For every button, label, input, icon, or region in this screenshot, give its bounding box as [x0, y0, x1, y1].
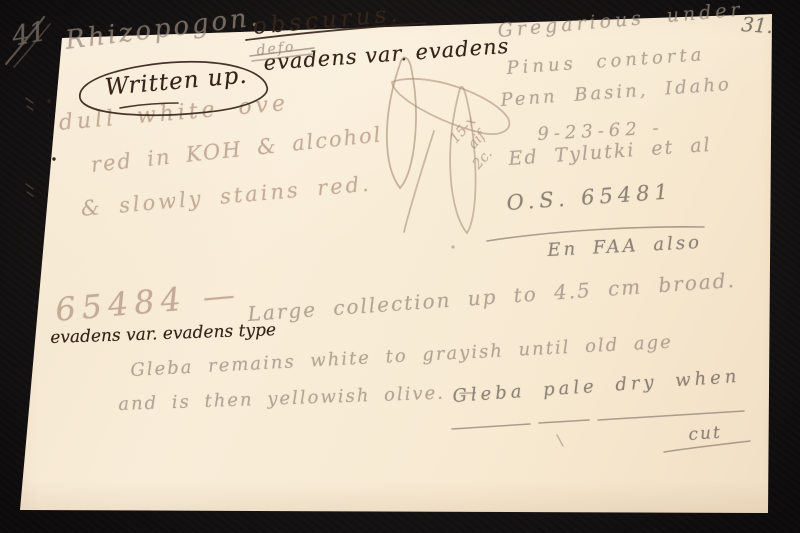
- faint-margin-mark-1: [26, 98, 33, 110]
- corner-number: 41: [10, 18, 49, 51]
- gleba-cut-word: cut: [688, 425, 722, 444]
- ink-dot-1: [47, 99, 50, 102]
- page-number: 31.: [741, 14, 774, 36]
- faint-margin-mark-2: [26, 184, 33, 196]
